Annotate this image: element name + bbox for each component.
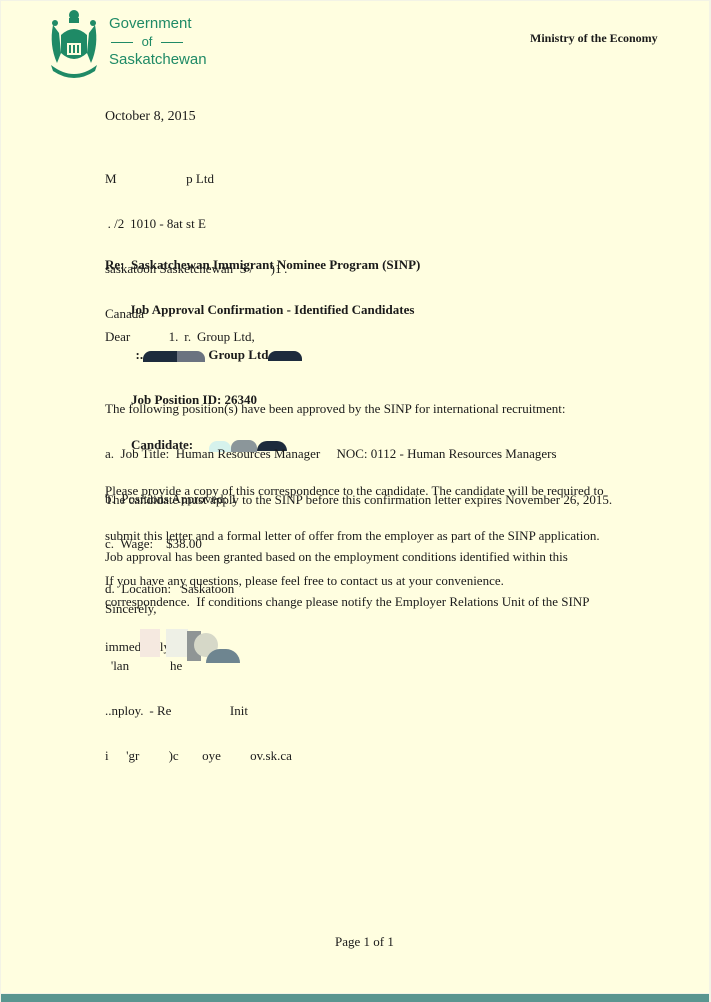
paragraph-expiry: The candidate must apply to the SINP bef… xyxy=(105,492,612,507)
salutation: Dear 1. r. Group Ltd, xyxy=(105,329,255,344)
closing: Sincerely, xyxy=(105,601,157,616)
signature-email: i 'gr )c oye ov.sk.ca xyxy=(105,748,292,763)
logo-line-2: of xyxy=(109,33,185,51)
redaction-mark xyxy=(166,629,188,657)
redaction-mark xyxy=(140,629,160,657)
re-title: Job Approval Confirmation - Identified C… xyxy=(105,302,420,317)
intro-text: The following position(s) have been appr… xyxy=(105,401,566,416)
redaction-mark xyxy=(268,351,302,361)
re-program: Saskatchewan Immigrant Nominee Program (… xyxy=(131,257,420,272)
page-number: Page 1 of 1 xyxy=(335,934,394,950)
logo-line-3: Saskatchewan xyxy=(109,51,189,69)
letter-date: October 8, 2015 xyxy=(105,109,196,124)
re-employer: :. Group Ltd xyxy=(105,347,420,362)
letter-page: Government of Saskatchewan Ministry of t… xyxy=(1,1,709,993)
signature-unit: ..nploy. - Re Init xyxy=(105,703,292,718)
redaction-mark xyxy=(143,351,205,362)
address-line-1: M p Ltd xyxy=(105,171,287,186)
paragraph-contact: If you have any questions, please feel f… xyxy=(105,573,504,588)
re-label: Re: xyxy=(105,257,125,272)
ministry-name: Ministry of the Economy xyxy=(530,31,658,46)
bottom-bar xyxy=(1,994,709,1002)
government-logo-text: Government of Saskatchewan xyxy=(109,15,189,69)
logo-line-1: Government xyxy=(109,15,189,33)
